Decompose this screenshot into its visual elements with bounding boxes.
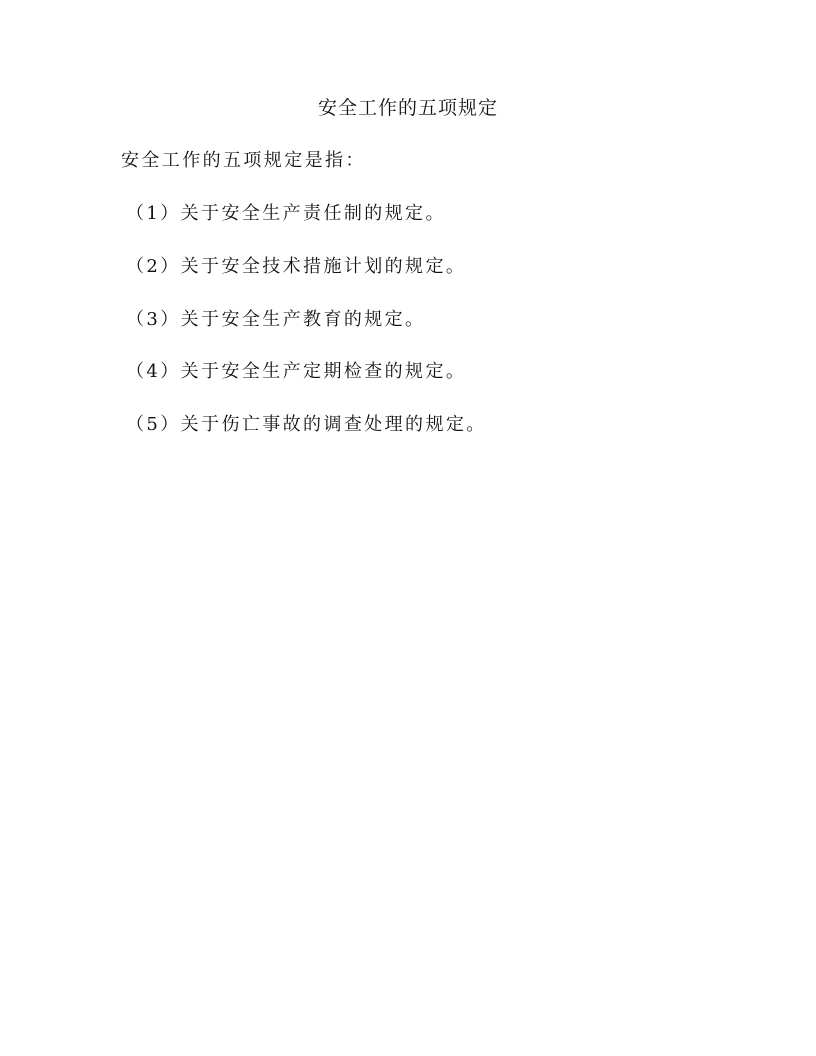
document-title: 安全工作的五项规定 [0,96,816,120]
list-item: （4）关于安全生产定期检查的规定。 [126,360,487,413]
list-item: （1）关于安全生产责任制的规定。 [126,202,487,255]
list-item: （3）关于安全生产教育的规定。 [126,308,487,361]
list-item: （2）关于安全技术措施计划的规定。 [126,255,487,308]
list-item: （5）关于伤亡事故的调查处理的规定。 [126,413,487,466]
intro-paragraph: 安全工作的五项规定是指： [121,149,366,173]
regulations-list: （1）关于安全生产责任制的规定。 （2）关于安全技术措施计划的规定。 （3）关于… [126,202,487,466]
document-page: 安全工作的五项规定 安全工作的五项规定是指： （1）关于安全生产责任制的规定。 … [0,0,816,1056]
